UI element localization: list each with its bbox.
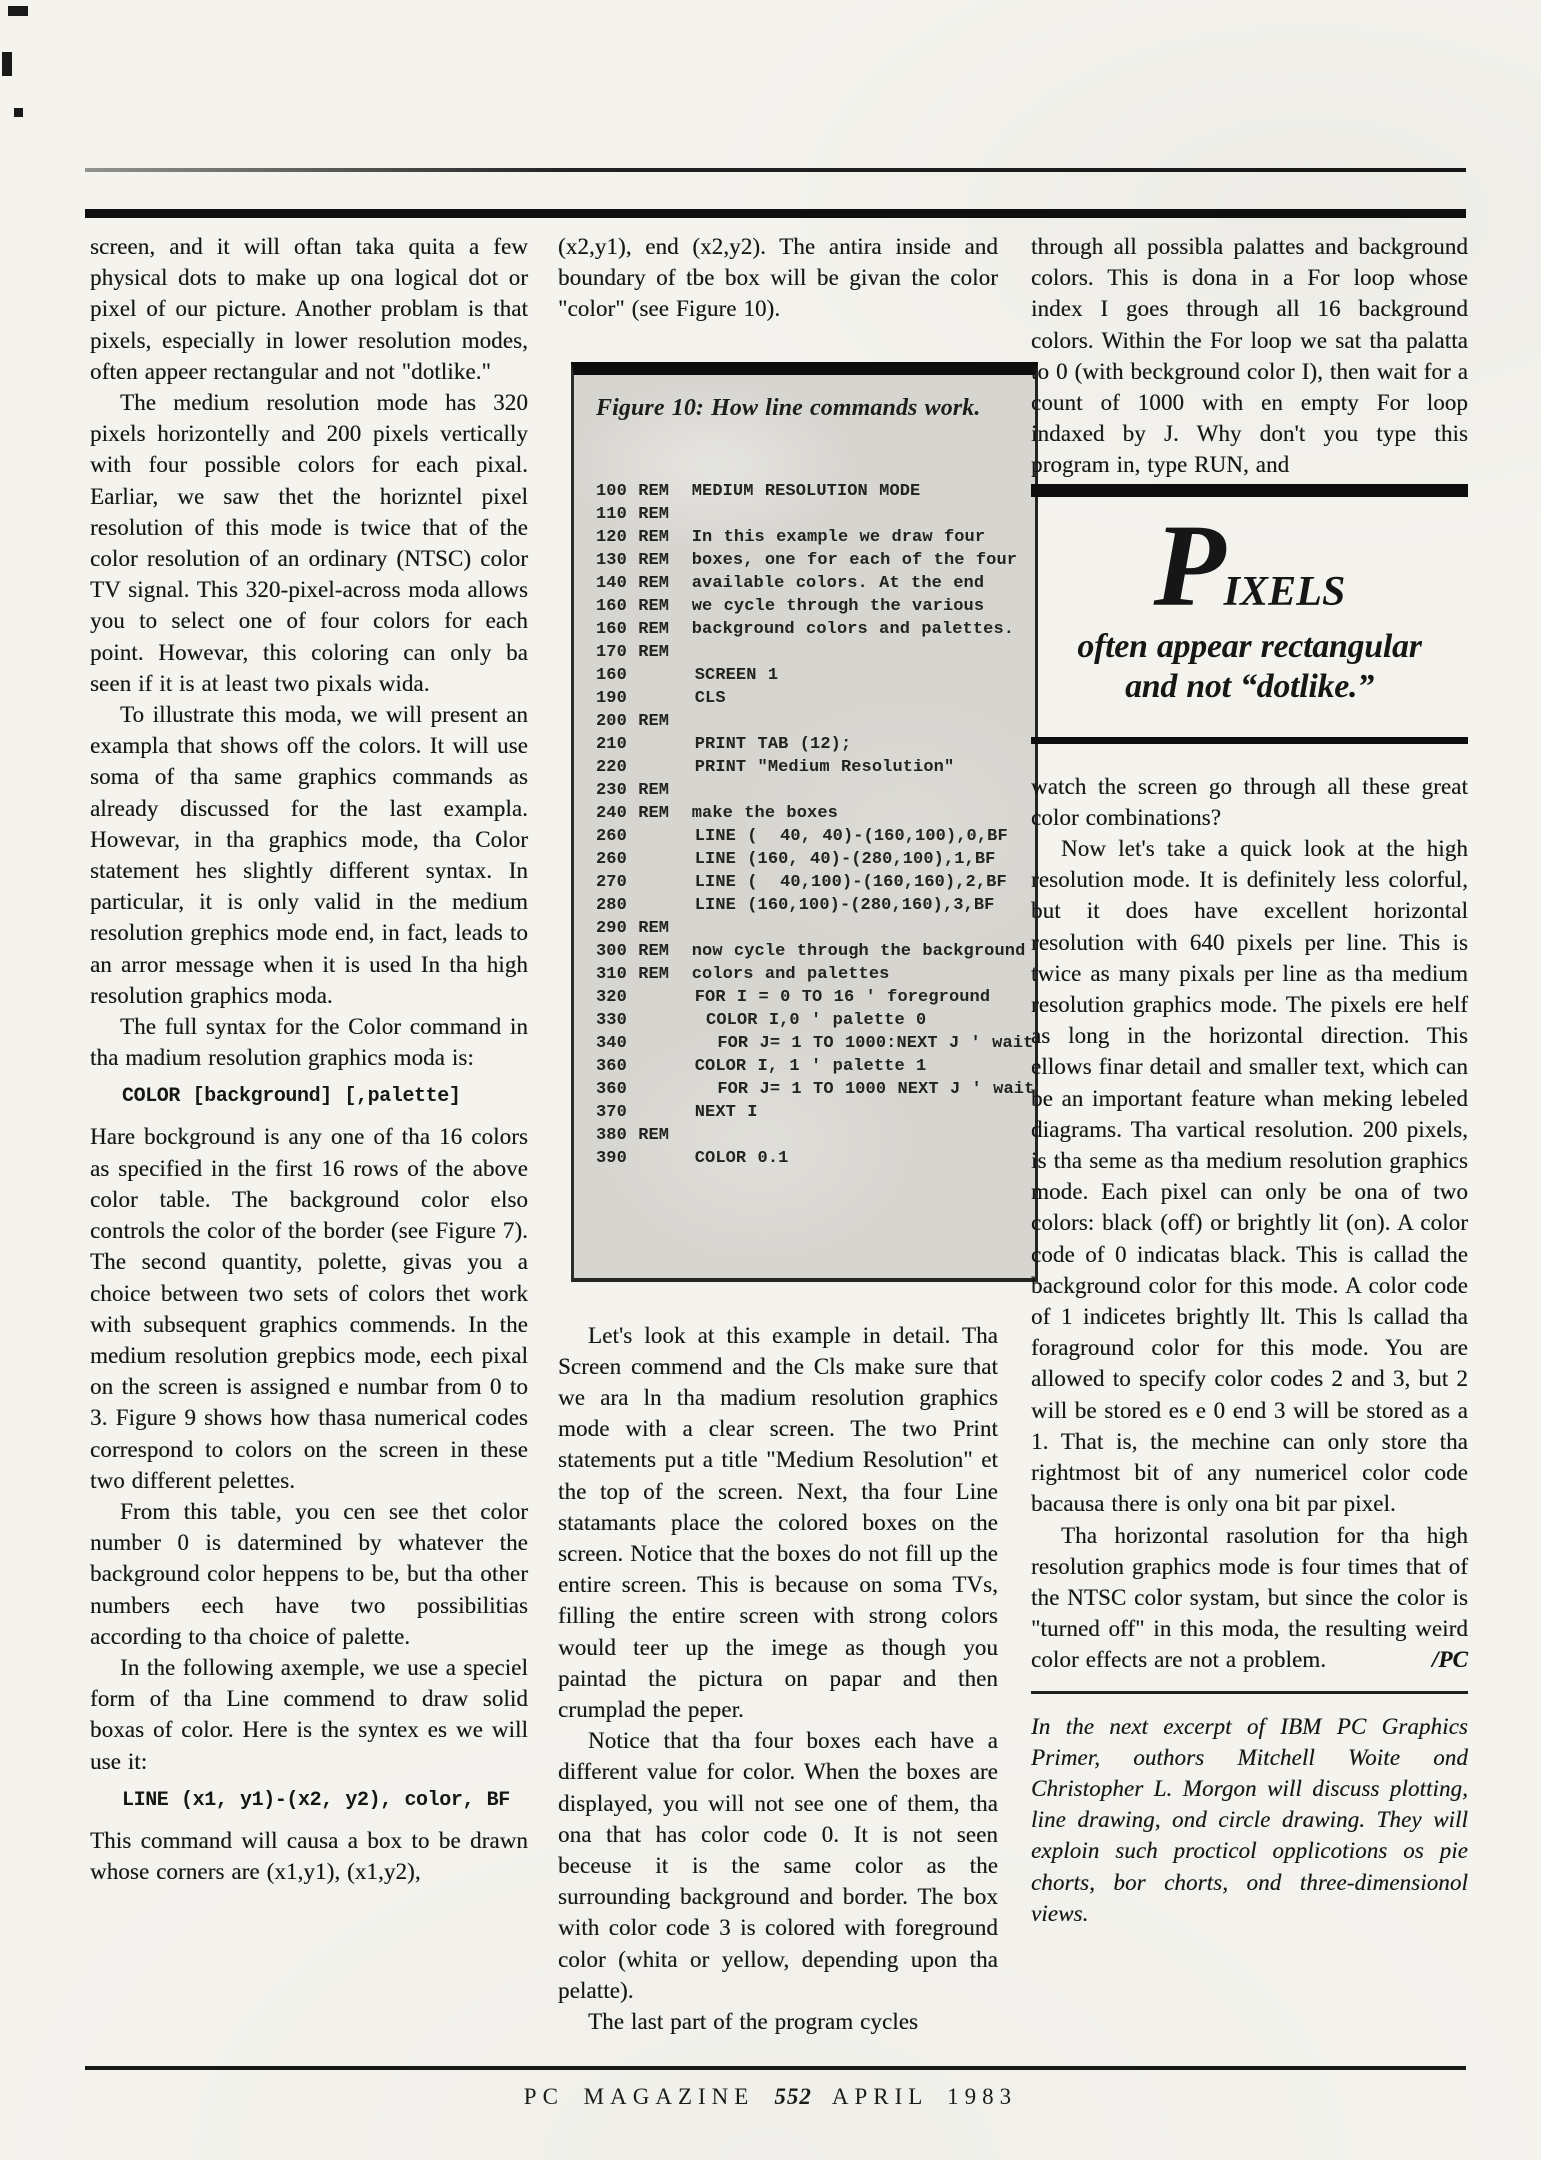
next-issue-note: In the next excerpt of IBM PC Graphics P… <box>1031 1711 1468 1929</box>
code-line: 220 PRINT "Medium Resolution" <box>596 756 1035 779</box>
column-left: screen, and it will oftan taka quita a f… <box>90 231 528 1887</box>
magazine-page: screen, and it will oftan taka quita a f… <box>0 0 1541 2160</box>
figure-10-listing-box: Figure 10: How line commands work. 100 R… <box>571 362 1038 1282</box>
code-line: 120 REM In this example we draw four <box>596 526 1035 549</box>
paragraph: watch the screen go through all these gr… <box>1031 771 1468 833</box>
paragraph: (x2,y1), end (x2,y2). The antira inside … <box>558 231 998 325</box>
magazine-name: PC MAGAZINE <box>524 2084 755 2109</box>
pull-quote-line: often appear rectangular <box>1031 627 1468 667</box>
code-line: 390 COLOR 0.1 <box>596 1147 1035 1170</box>
line-command-syntax: LINE (x1, y1)-(x2, y2), color, BF <box>122 1789 528 1813</box>
code-line: 360 COLOR I, 1 ' palette 1 <box>596 1055 1035 1078</box>
paragraph: The last part of the program cycles <box>558 2006 998 2037</box>
code-line: 130 REM boxes, one for each of the four <box>596 549 1035 572</box>
article-end-mark: /PC <box>1402 1644 1468 1675</box>
figure-caption: Figure 10: How line commands work. <box>574 375 1035 422</box>
page-number: 552 <box>774 2084 812 2109</box>
top-rule-thin <box>85 168 1466 172</box>
code-line: 270 LINE ( 40,100)-(160,160),2,BF <box>596 871 1035 894</box>
color-command-syntax: COLOR [background] [,palette] <box>122 1085 528 1109</box>
code-line: 100 REM MEDIUM RESOLUTION MODE <box>596 480 1035 503</box>
pull-quote-word-rest: IXELS <box>1224 569 1346 615</box>
code-line: 290 REM <box>596 917 1035 940</box>
code-line: 170 REM <box>596 641 1035 664</box>
pull-quote-initial-cap: P <box>1154 500 1224 631</box>
paragraph: Hare bockground is any one of tha 16 col… <box>90 1121 528 1495</box>
paragraph: Notice that tha four boxes each have a d… <box>558 1725 998 2006</box>
code-line: 240 REM make the boxes <box>596 802 1035 825</box>
paragraph: The medium resolution mode has 320 pixel… <box>90 387 528 699</box>
code-line: 190 CLS <box>596 687 1035 710</box>
footer-rule <box>85 2066 1466 2070</box>
paragraph: The full syntax for the Color command in… <box>90 1011 528 1073</box>
paragraph: Now let's take a quick look at the high … <box>1031 833 1468 1519</box>
top-rule-thick <box>85 209 1466 218</box>
code-line: 330 COLOR I,0 ' palette 0 <box>596 1009 1035 1032</box>
code-line: 360 FOR J= 1 TO 1000 NEXT J ' wait <box>596 1078 1035 1101</box>
scan-artifact <box>14 108 23 117</box>
page-footer: PC MAGAZINE552APRIL 1983 <box>0 2084 1541 2110</box>
paragraph: through all possibla palattes and backgr… <box>1031 231 1468 481</box>
code-line: 160 REM we cycle through the various <box>596 595 1035 618</box>
code-line: 310 REM colors and palettes <box>596 963 1035 986</box>
code-line: 160 REM background colors and palettes. <box>596 618 1035 641</box>
column-middle: (x2,y1), end (x2,y2). The antira inside … <box>558 231 998 2037</box>
issue-date: APRIL 1983 <box>832 2084 1017 2109</box>
paragraph: screen, and it will oftan taka quita a f… <box>90 231 528 387</box>
scan-artifact <box>2 52 12 76</box>
code-line: 200 REM <box>596 710 1035 733</box>
code-line: 280 LINE (160,100)-(280,160),3,BF <box>596 894 1035 917</box>
column-right: through all possibla palattes and backgr… <box>1031 231 1468 1929</box>
code-line: 340 FOR J= 1 TO 1000:NEXT J ' wait <box>596 1032 1035 1055</box>
section-divider-rule <box>1031 1691 1468 1694</box>
code-line: 260 LINE (160, 40)-(280,100),1,BF <box>596 848 1035 871</box>
code-line: 140 REM available colors. At the end <box>596 572 1035 595</box>
code-line: 160 SCREEN 1 <box>596 664 1035 687</box>
scan-artifact <box>8 6 28 16</box>
code-line: 110 REM <box>596 503 1035 526</box>
code-line: 320 FOR I = 0 TO 16 ' foreground <box>596 986 1035 1009</box>
paragraph: This command will causa a box to be draw… <box>90 1825 528 1887</box>
pull-quote-line: and not “dotlike.” <box>1031 667 1468 707</box>
code-line: 230 REM <box>596 779 1035 802</box>
code-line: 370 NEXT I <box>596 1101 1035 1124</box>
paragraph: From this table, you cen see thet color … <box>90 1496 528 1652</box>
paragraph: Let's look at this example in detail. Th… <box>558 1320 998 1726</box>
paragraph: To illustrate this moda, we will present… <box>90 699 528 1011</box>
code-line: 260 LINE ( 40, 40)-(160,100),0,BF <box>596 825 1035 848</box>
paragraph: In the following axemple, we use a speci… <box>90 1652 528 1777</box>
paragraph: Tha horizontal rasolution for tha high r… <box>1031 1520 1468 1676</box>
code-line: 210 PRINT TAB (12); <box>596 733 1035 756</box>
basic-code-listing: 100 REM MEDIUM RESOLUTION MODE110 REM120… <box>596 480 1035 1170</box>
code-line: 300 REM now cycle through the background <box>596 940 1035 963</box>
pull-quote: PIXELS often appear rectangular and not … <box>1031 484 1468 744</box>
code-line: 380 REM <box>596 1124 1035 1147</box>
pull-quote-word: PIXELS <box>1031 507 1468 625</box>
